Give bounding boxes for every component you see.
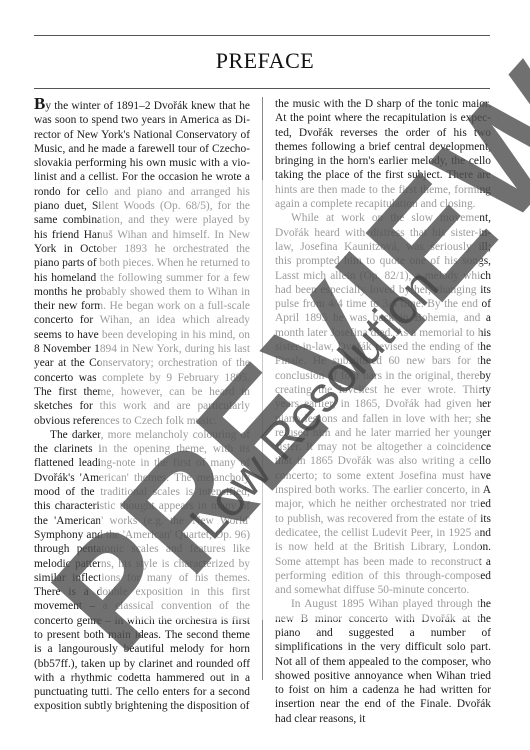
top-rule bbox=[34, 35, 490, 36]
right-column: the music with the D sharp of the tonic … bbox=[275, 97, 491, 726]
paragraph: The darker, more melancholy colouring of… bbox=[34, 428, 250, 714]
paragraph: While at work on the slow movement, Dvoř… bbox=[275, 211, 491, 597]
paragraph: By the winter of 1891–2 Dvořák knew that… bbox=[34, 97, 250, 428]
bottom-rule bbox=[34, 88, 490, 89]
page-title: PREFACE bbox=[0, 48, 530, 74]
column-divider bbox=[262, 97, 263, 680]
left-column: By the winter of 1891–2 Dvořák knew that… bbox=[34, 97, 250, 714]
drop-cap: B bbox=[34, 94, 45, 113]
document-page: PREFACE By the winter of 1891–2 Dvořák k… bbox=[0, 0, 530, 750]
paragraph: the music with the D sharp of the tonic … bbox=[275, 97, 491, 211]
paragraph: In August 1895 Wihan played through the … bbox=[275, 597, 491, 726]
